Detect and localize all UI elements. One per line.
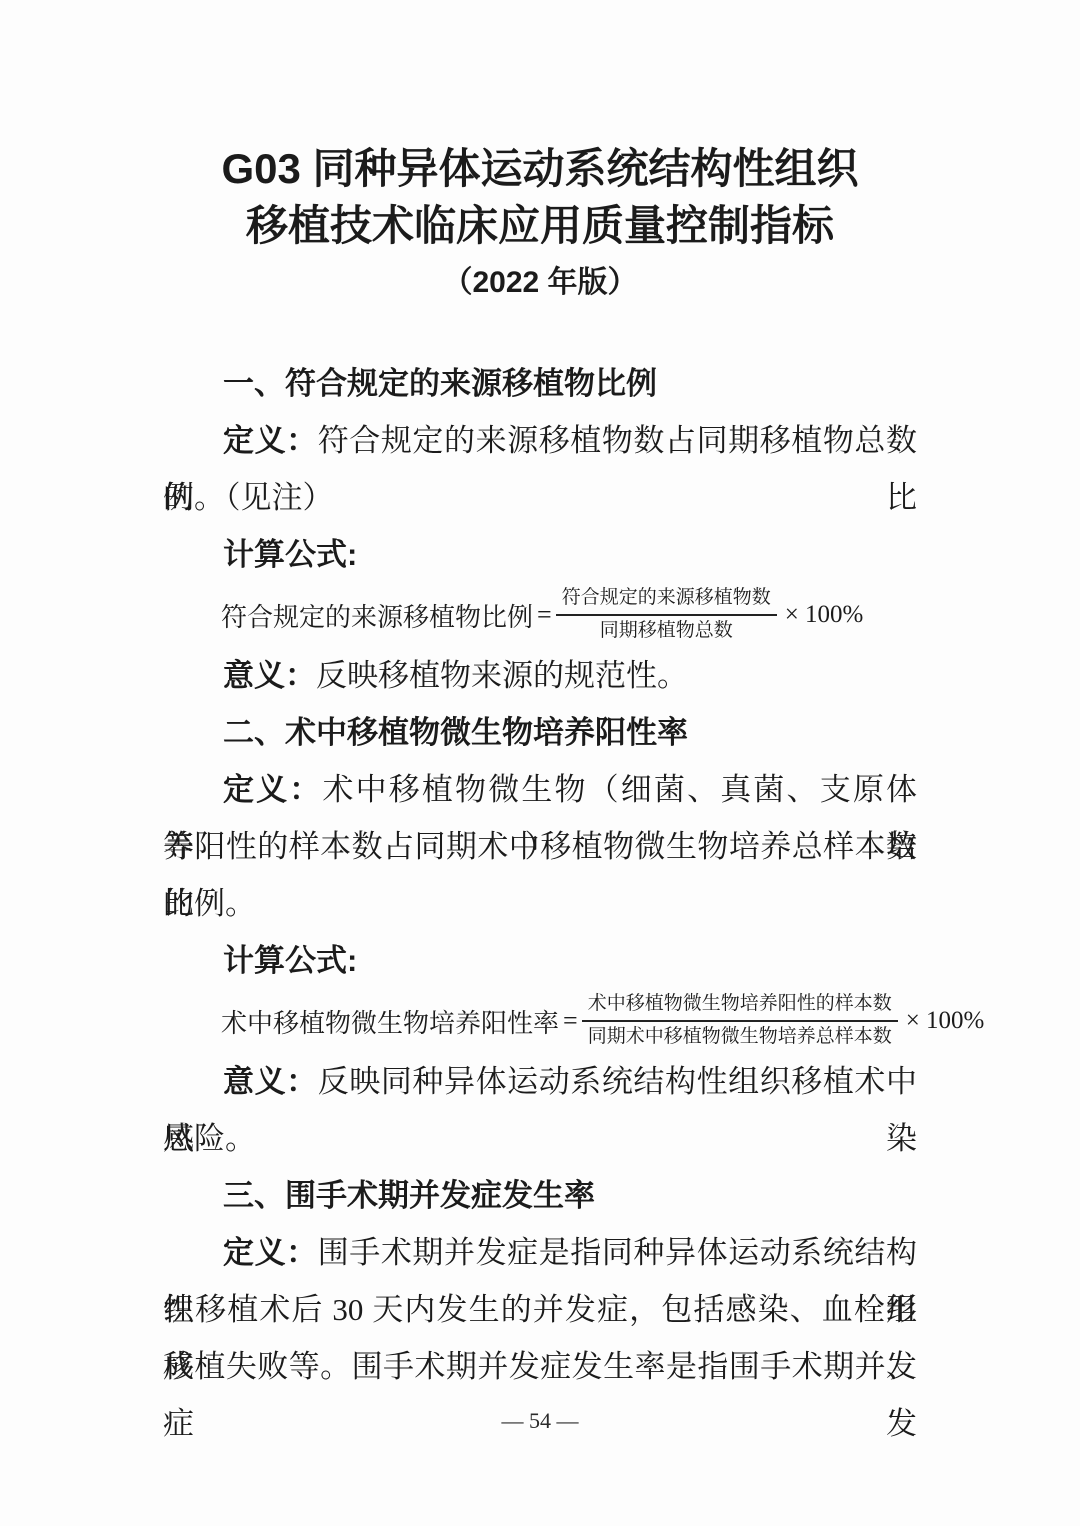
formula-lhs: 术中移植物微生物培养阳性率 <box>221 1003 559 1040</box>
definition-label: 定义： <box>223 423 318 458</box>
equals-sign: = <box>537 600 552 630</box>
fraction: 术中移植物微生物培养阳性的样本数 同期术中移植物微生物培养总样本数 <box>582 992 898 1049</box>
definition-label: 定义： <box>223 1235 318 1270</box>
fraction-numerator: 术中移植物微生物培养阳性的样本数 <box>582 992 898 1022</box>
fraction-denominator: 同期移植物总数 <box>556 616 777 644</box>
document-body: 一、符合规定的来源移植物比例 定义：符合规定的来源移植物数占同期移植物总数的比 … <box>163 355 917 1395</box>
section-3-heading: 三、围手术期并发症发生率 <box>163 1167 917 1224</box>
equals-sign: = <box>563 1006 578 1036</box>
section-3-definition-line-3: 移植失败等。围手术期并发症发生率是指围手术期并发症发 <box>163 1338 917 1395</box>
section-1-significance-line-1: 意义：反映移植物来源的规范性。 <box>163 647 917 704</box>
fraction-numerator: 符合规定的来源移植物数 <box>556 586 777 616</box>
document-page: { "title": { "line1": "G03 同种异体运动系统结构性组织… <box>0 0 1080 1526</box>
significance-text: 反映移植物来源的规范性。 <box>316 658 688 693</box>
document-title-line-1: G03 同种异体运动系统结构性组织 <box>163 140 917 197</box>
section-3-definition-line-2: 织移植术后 30 天内发生的并发症，包括感染、血栓形成、 <box>163 1281 917 1338</box>
section-2-definition-line-3: 比例。 <box>163 875 917 932</box>
document-edition: （2022 年版） <box>163 254 917 311</box>
formula-multiplier: × 100% <box>785 601 864 629</box>
page-number: — 54 — <box>0 1408 1080 1434</box>
page-content: G03 同种异体运动系统结构性组织 移植技术临床应用质量控制指标 （2022 年… <box>163 140 917 1395</box>
fraction-denominator: 同期术中移植物微生物培养总样本数 <box>582 1022 898 1050</box>
section-1-formula: 符合规定的来源移植物比例 = 符合规定的来源移植物数 同期移植物总数 × 100… <box>163 583 917 647</box>
definition-label: 定义： <box>223 772 322 807</box>
section-2-definition-line-2: 养阳性的样本数占同期术中移植物微生物培养总样本数的 <box>163 818 917 875</box>
formula-lhs: 符合规定的来源移植物比例 <box>221 597 533 634</box>
section-3-definition-line-1: 定义：围手术期并发症是指同种异体运动系统结构性组 <box>163 1224 917 1281</box>
section-2-formula: 术中移植物微生物培养阳性率 = 术中移植物微生物培养阳性的样本数 同期术中移植物… <box>163 989 917 1053</box>
formula-multiplier: × 100% <box>906 1007 985 1035</box>
significance-label: 意义： <box>223 1064 318 1099</box>
significance-label: 意义： <box>223 658 316 693</box>
section-1-heading: 一、符合规定的来源移植物比例 <box>163 355 917 412</box>
section-1-formula-label: 计算公式: <box>163 526 917 583</box>
section-2-formula-label: 计算公式: <box>163 932 917 989</box>
section-2-significance-line-1: 意义：反映同种异体运动系统结构性组织移植术中感染 <box>163 1053 917 1110</box>
section-1-definition-line-1: 定义：符合规定的来源移植物数占同期移植物总数的比 <box>163 412 917 469</box>
section-2-heading: 二、术中移植物微生物培养阳性率 <box>163 704 917 761</box>
document-title-line-2: 移植技术临床应用质量控制指标 <box>163 197 917 254</box>
section-2-definition-line-1: 定义：术中移植物微生物（细菌、真菌、支原体等）培 <box>163 761 917 818</box>
fraction: 符合规定的来源移植物数 同期移植物总数 <box>556 586 777 643</box>
